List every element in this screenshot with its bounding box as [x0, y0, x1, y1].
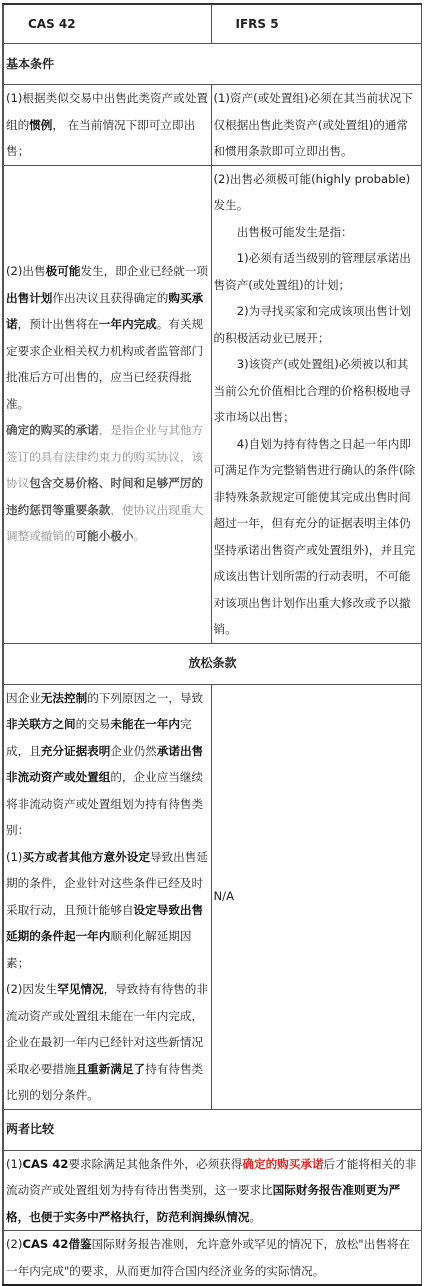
- header-cas42: CAS 42: [3, 4, 211, 44]
- basic-row1-cas42: (1)根据类似交易中出售此类资产或处置组的惯例， 在当前情况下即可立即出售；: [3, 85, 211, 166]
- section-comparison: 两者比较: [3, 1109, 422, 1150]
- relax-item-1: (1)买方或者其他方意外设定导致出售延期的条件，企业针对这些条件已经及时采取行动…: [6, 844, 209, 977]
- ifrs-item-3: 3)该资产(或处置组)必须被以和其当前公允价值相比合理的价格积极地寻求市场以出售…: [214, 351, 420, 431]
- table-row: (1)CAS 42要求除满足其他条件外，必须获得确定的购买承诺后才能将相关的非流…: [3, 1150, 422, 1200]
- red-highlight: 确定的购买承诺: [242, 1157, 323, 1171]
- table-row: (1)根据类似交易中出售此类资产或处置组的惯例， 在当前情况下即可立即出售； (…: [3, 85, 422, 166]
- compare-point-1: (1)CAS 42要求除满足其他条件外，必须获得确定的购买承诺后才能将相关的非流…: [3, 1150, 422, 1200]
- relax-item-2: (2)因发生罕见情况，导致持有待售的非流动资产或处置组未能在一年内完成，企业在最…: [6, 976, 209, 1109]
- ifrs-item-2: 2)为寻找买家和完成该项出售计划的积极活动业已展开；: [214, 298, 420, 351]
- comparison-table: CAS 42 IFRS 5 基本条件 (1)根据类似交易中出售此类资产或处置组的…: [2, 3, 422, 1200]
- relax-cas42: 因企业无法控制的下列原因之一，导致非关联方之间的交易未能在一年内完成，且充分证据…: [3, 684, 211, 1109]
- section-title-compare: 两者比较: [3, 1109, 422, 1150]
- section-title-basic: 基本条件: [3, 44, 422, 85]
- table-row: 因企业无法控制的下列原因之一，导致非关联方之间的交易未能在一年内完成，且充分证据…: [3, 684, 422, 1109]
- section-relaxation-clause: 放松条款: [3, 643, 422, 684]
- ifrs-item-4: 4)自划为持有待售之日起一年内即可满足作为完整销售进行确认的条件(除非特殊条款规…: [214, 431, 420, 643]
- table-row: (2)出售极可能发生，即企业已经就一项出售计划作出决议且获得确定的购买承诺，预计…: [3, 165, 422, 643]
- header-ifrs5: IFRS 5: [211, 4, 422, 44]
- ifrs-item-1: 1)必须有适当级别的管理层承诺出售资产(或处置组)的计划；: [214, 245, 420, 298]
- section-basic-conditions: 基本条件: [3, 44, 422, 85]
- relax-ifrs5: N/A: [211, 684, 422, 1109]
- basic-row2-ifrs5: (2)出售必须极可能(highly probable) 发生。 出售极可能发生是…: [211, 165, 422, 643]
- relax-intro: 因企业无法控制的下列原因之一，导致非关联方之间的交易未能在一年内完成，且充分证据…: [6, 685, 209, 844]
- basic-row2-cas42: (2)出售极可能发生，即企业已经就一项出售计划作出决议且获得确定的购买承诺，预计…: [3, 165, 211, 643]
- ifrs-lead: 出售极可能发生是指：: [214, 219, 420, 246]
- basic-row1-ifrs5: (1)资产(或处置组)必须在其当前状况下仅根据出售此类资产(或处置组)的通常和惯…: [211, 85, 422, 166]
- table-header-row: CAS 42 IFRS 5: [3, 4, 422, 44]
- section-title-relax: 放松条款: [3, 643, 422, 684]
- purchase-commitment-note: 确定的购买的承诺，是指企业与其他方签订的具有法律约束力的购买协议，该协议包含交易…: [6, 417, 209, 550]
- highly-probable-paragraph: (2)出售极可能发生，即企业已经就一项出售计划作出决议且获得确定的购买承诺，预计…: [6, 258, 209, 417]
- ifrs-intro: (2)出售必须极可能(highly probable) 发生。: [214, 166, 420, 219]
